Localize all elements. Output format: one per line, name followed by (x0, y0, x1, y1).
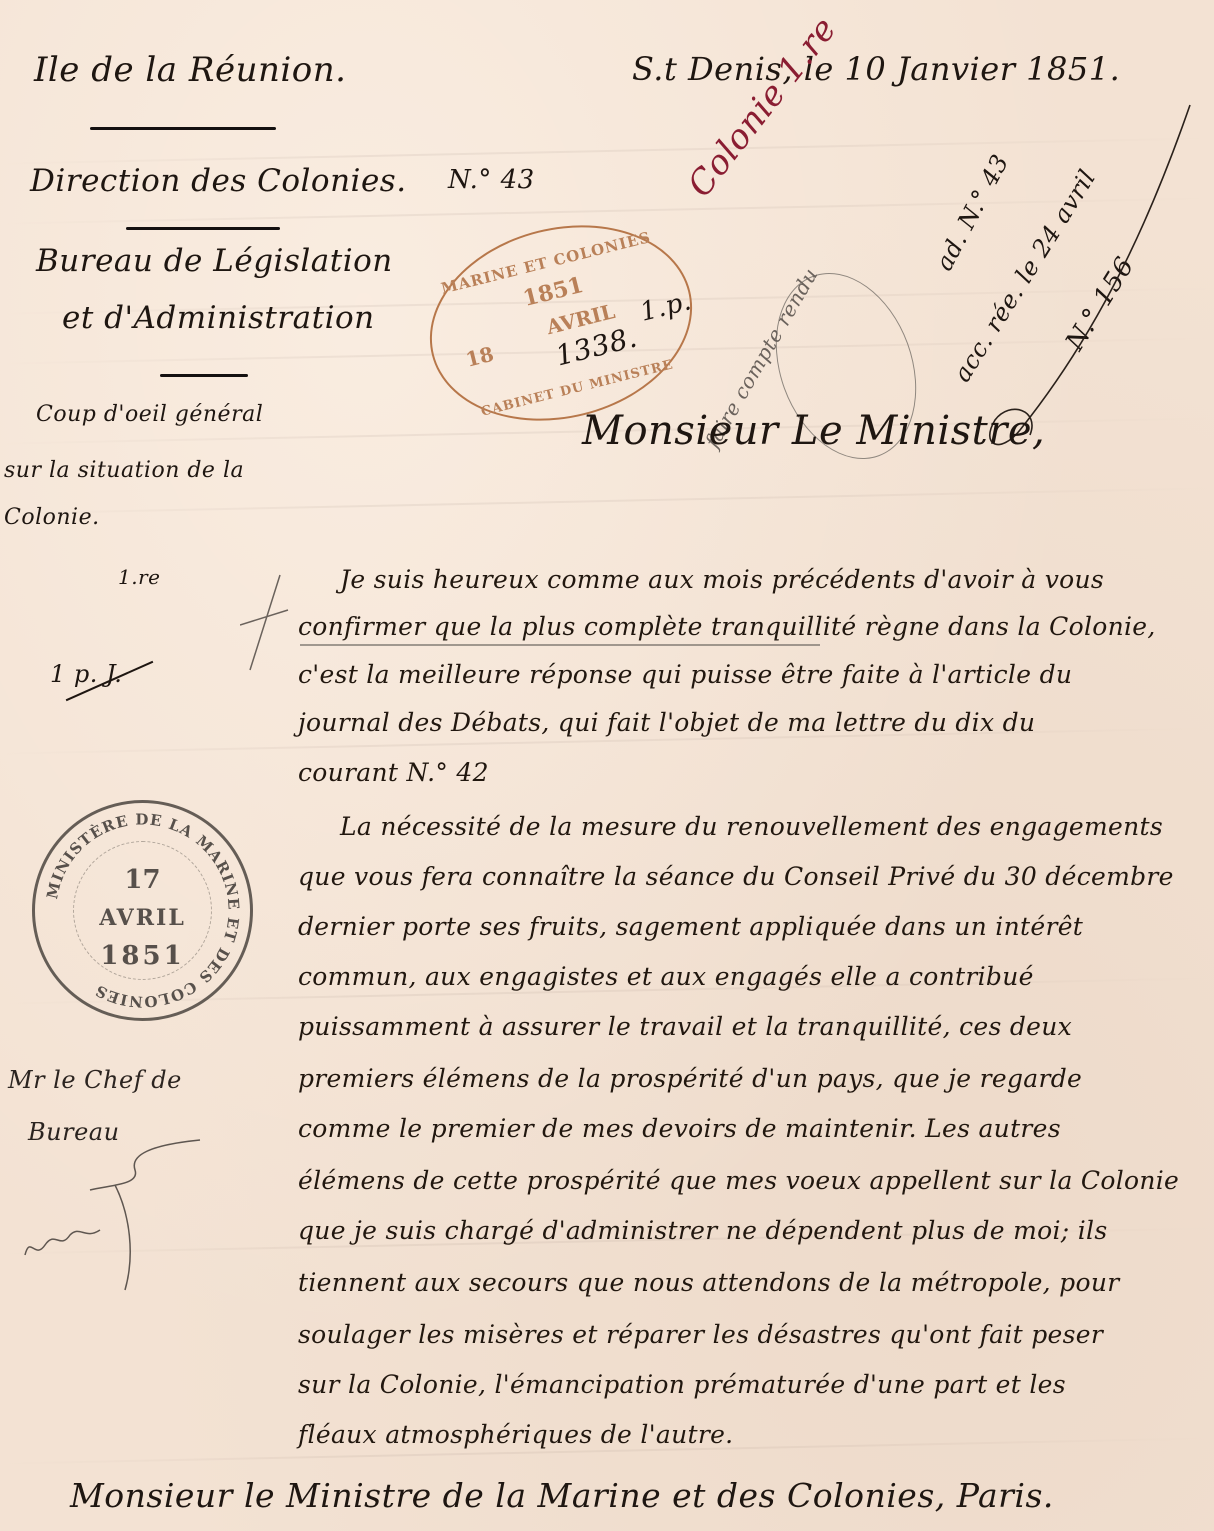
body-p2-line: commun, aux engagistes et aux engagés el… (298, 962, 1034, 991)
subject-line3: Colonie. (4, 505, 100, 530)
margin-note-1re: 1.re (118, 565, 160, 589)
pencil-cross-mark (240, 570, 290, 680)
pencil-underline (300, 644, 820, 646)
body-p2-line: sur la Colonie, l'émancipation prématuré… (298, 1370, 1066, 1399)
direction-heading: Direction des Colonies. (30, 163, 407, 199)
divider-rule (160, 374, 248, 377)
letter-number: N.° 43 (448, 165, 535, 195)
body-p2-line: soulager les misères et réparer les désa… (298, 1320, 1103, 1349)
addressee-line: Monsieur le Ministre de la Marine et des… (70, 1476, 1054, 1515)
body-p2-line: comme le premier de mes devoirs de maint… (298, 1114, 1061, 1143)
body-p2-line: fléaux atmosphériques de l'autre. (298, 1420, 733, 1449)
document-page: Ile de la Réunion. Direction des Colonie… (0, 0, 1214, 1531)
dateline: S.t Denis, le 10 Janvier 1851. (632, 50, 1120, 88)
pencil-signature (20, 1135, 220, 1295)
subject-line1: Coup d'oeil général (36, 402, 263, 427)
body-p2-line: puissamment à assurer le travail et la t… (298, 1012, 1072, 1041)
flourish-stroke (980, 100, 1200, 460)
body-p1-line: courant N.° 42 (298, 758, 489, 787)
body-p1-line: c'est la meilleure réponse qui puisse êt… (298, 660, 1072, 689)
body-p1-line: confirmer que la plus complète tranquill… (298, 612, 1156, 641)
subject-line2: sur la situation de la (4, 458, 244, 483)
body-p1-line: Je suis heureux comme aux mois précédent… (340, 565, 1104, 594)
margin-note-1pj: 1 p. J. (50, 660, 122, 688)
round-ministry-stamp: MINISTÈRE DE LA MARINE ET DES COLONIES 1… (32, 800, 253, 1021)
divider-rule (126, 227, 280, 230)
bleed-through-line (0, 487, 1214, 514)
body-p2-line: La nécessité de la mesure du renouvellem… (340, 812, 1163, 841)
body-p2-line: tiennent aux secours que nous attendons … (298, 1268, 1119, 1297)
body-p1-line: journal des Débats, qui fait l'objet de … (298, 708, 1035, 737)
salutation: Monsieur Le Ministre, (582, 408, 1045, 454)
red-ink-annotation: Colonie 1.re (680, 10, 845, 205)
margin-note-chef-line1: Mr le Chef de (8, 1066, 182, 1094)
round-stamp-year: 1851 (35, 941, 250, 971)
divider-rule (90, 127, 276, 130)
body-p2-line: que je suis chargé d'administrer ne dépe… (298, 1216, 1107, 1245)
bureau-heading-line2: et d'Administration (62, 300, 375, 336)
body-p2-line: premiers élémens de la prospérité d'un p… (298, 1064, 1082, 1093)
body-p2-line: élémens de cette prospérité que mes voeu… (298, 1166, 1179, 1195)
body-p2-line: que vous fera connaître la séance du Con… (298, 862, 1174, 891)
body-p2-line: dernier porte ses fruits, sagement appli… (298, 912, 1083, 941)
round-stamp-month: AVRIL (35, 905, 250, 931)
bureau-heading-line1: Bureau de Législation (36, 243, 393, 279)
round-stamp-day: 17 (35, 865, 250, 895)
place-heading: Ile de la Réunion. (34, 50, 346, 90)
